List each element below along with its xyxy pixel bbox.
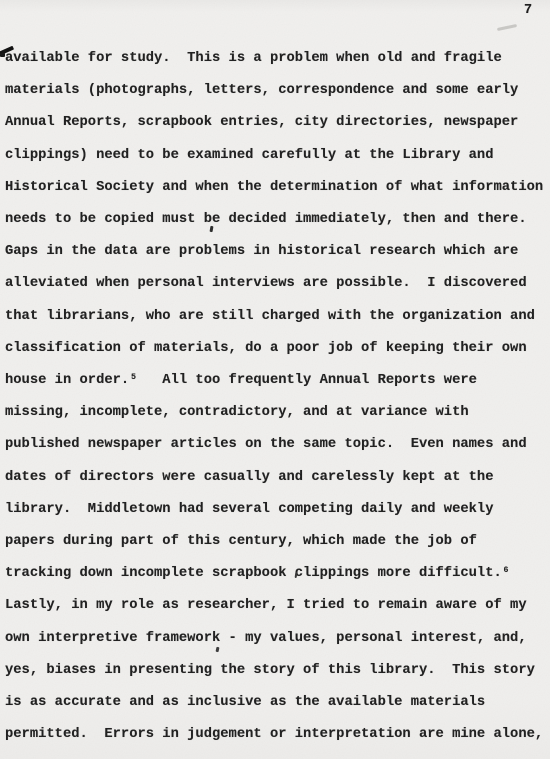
- text-line: materials (photographs, letters, corresp…: [5, 75, 550, 107]
- text-line: that librarians, who are still charged w…: [5, 301, 550, 333]
- text-line: alleviated when personal interviews are …: [5, 268, 550, 300]
- text-line: needs to be copied must be decided immed…: [5, 204, 550, 236]
- text-line: clippings) need to be examined carefully…: [5, 140, 550, 172]
- text-line: tracking down incomplete scrapbook clipp…: [5, 558, 550, 590]
- text-line: missing, incomplete, contradictory, and …: [5, 397, 550, 429]
- text-line: published newspaper articles on the same…: [5, 429, 550, 461]
- text-line: papers during part of this century, whic…: [5, 526, 550, 558]
- scan-artifact-smudge: [497, 24, 517, 31]
- text-line: is as accurate and as inclusive as the a…: [5, 687, 550, 719]
- scanned-document-page: 7 available for study. This is a problem…: [0, 0, 550, 759]
- text-line: permitted. Errors in judgement or interp…: [5, 719, 550, 751]
- text-line: library. Middletown had several competin…: [5, 494, 550, 526]
- text-line: Historical Society and when the determin…: [5, 172, 550, 204]
- document-body: available for study. This is a problem w…: [5, 43, 550, 751]
- page-number: 7: [524, 3, 532, 18]
- text-line: available for study. This is a problem w…: [5, 43, 550, 75]
- text-line: house in order.⁵ All too frequently Annu…: [5, 365, 550, 397]
- text-line: own interpretive framework - my values, …: [5, 623, 550, 655]
- text-line: dates of directors were casually and car…: [5, 462, 550, 494]
- text-line: classification of materials, do a poor j…: [5, 333, 550, 365]
- text-line: Gaps in the data are problems in histori…: [5, 236, 550, 268]
- text-line: Lastly, in my role as researcher, I trie…: [5, 590, 550, 622]
- text-line: yes, biases in presenting the story of t…: [5, 655, 550, 687]
- text-line: Annual Reports, scrapbook entries, city …: [5, 107, 550, 139]
